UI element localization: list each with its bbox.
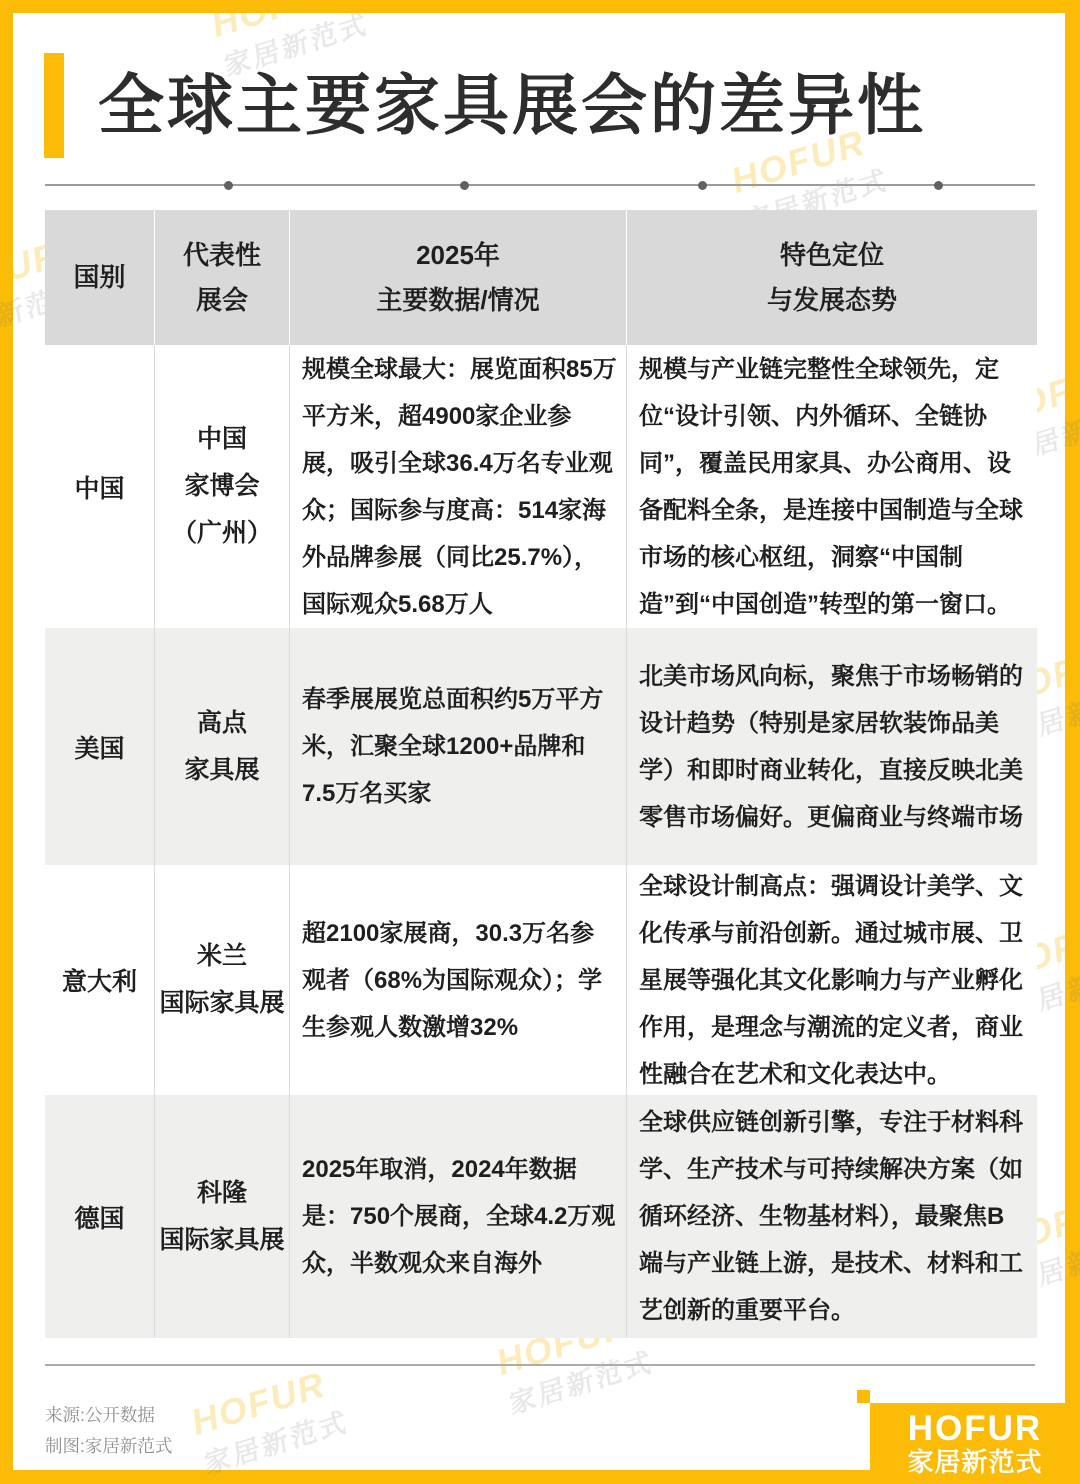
- table-row-china: 中国 中国 家博会 （广州） 规模全球最大：展览面积85万平方米，超4900家企…: [45, 345, 1037, 628]
- footer: 来源:公开数据 制图:家居新范式: [45, 1400, 172, 1462]
- footer-credit: 制图:家居新范式: [45, 1431, 172, 1462]
- country-cell: 德国: [45, 1095, 155, 1338]
- data-cell: 2025年取消，2024年数据是：750个展商，全球4.2万观众，半数观众来自海…: [290, 1095, 627, 1338]
- exhibition-cell: 中国 家博会 （广州）: [155, 345, 290, 628]
- title-accent-bar: [44, 53, 64, 158]
- infographic-page: HOFUR家居新范式 HOFUR家居新范式 HOFUR家居新范式 HOFUR家居…: [0, 0, 1080, 1484]
- hofur-logo: HOFUR 家居新范式: [870, 1403, 1080, 1484]
- divider-dot: [934, 181, 943, 190]
- table-header-row: 国别 代表性 展会 2025年 主要数据/情况 特色定位 与发展态势: [45, 210, 1037, 345]
- country-cell: 中国: [45, 345, 155, 628]
- exhibition-cell: 科隆 国际家具展: [155, 1095, 290, 1338]
- table-row-germany: 德国 科隆 国际家具展 2025年取消，2024年数据是：750个展商，全球4.…: [45, 1095, 1037, 1338]
- positioning-cell: 全球供应链创新引擎，专注于材料科学、生产技术与可持续解决方案（如循环经济、生物基…: [627, 1095, 1037, 1338]
- country-cell: 美国: [45, 628, 155, 865]
- frame-border-right: [1065, 0, 1080, 1484]
- watermark: HOFUR家居新范式: [186, 1360, 353, 1481]
- page-title: 全球主要家具展会的差异性: [98, 52, 926, 147]
- positioning-cell: 北美市场风向标，聚焦于市场畅销的设计趋势（特别是家居软装饰品美学）和即时商业转化…: [627, 628, 1037, 865]
- title-divider: [45, 184, 1035, 186]
- column-header-exhibition: 代表性 展会: [155, 210, 290, 345]
- footer-divider: [45, 1364, 1035, 1366]
- positioning-cell: 全球设计制高点：强调设计美学、文化传承与前沿创新。通过城市展、卫星展等强化其文化…: [627, 865, 1037, 1095]
- table-row-usa: 美国 高点 家具展 春季展展览总面积约5万平方米，汇聚全球1200+品牌和7.5…: [45, 628, 1037, 865]
- table-row-italy: 意大利 米兰 国际家具展 超2100家展商，30.3万名参观者（68%为国际观众…: [45, 865, 1037, 1095]
- exhibition-cell: 高点 家具展: [155, 628, 290, 865]
- data-cell: 规模全球最大：展览面积85万平方米，超4900家企业参展，吸引全球36.4万名专…: [290, 345, 627, 628]
- hofur-logo-subtitle: 家居新范式: [907, 1447, 1042, 1477]
- frame-border-left: [0, 0, 13, 1484]
- exhibition-cell: 米兰 国际家具展: [155, 865, 290, 1095]
- footer-source: 来源:公开数据: [45, 1400, 172, 1431]
- hofur-logo-wordmark: HOFUR: [908, 1410, 1042, 1447]
- country-cell: 意大利: [45, 865, 155, 1095]
- column-header-2025-data: 2025年 主要数据/情况: [290, 210, 627, 345]
- comparison-table: 国别 代表性 展会 2025年 主要数据/情况 特色定位 与发展态势 中国 中国…: [45, 210, 1037, 1338]
- positioning-cell: 规模与产业链完整性全球领先，定位“设计引领、内外循环、全链协同”，覆盖民用家具、…: [627, 345, 1037, 628]
- data-cell: 春季展展览总面积约5万平方米，汇聚全球1200+品牌和7.5万名买家: [290, 628, 627, 865]
- logo-corner-step: [857, 1390, 870, 1403]
- divider-dot: [224, 181, 233, 190]
- table-body: 中国 中国 家博会 （广州） 规模全球最大：展览面积85万平方米，超4900家企…: [45, 345, 1037, 1338]
- column-header-positioning: 特色定位 与发展态势: [627, 210, 1037, 345]
- data-cell: 超2100家展商，30.3万名参观者（68%为国际观众）；学生参观人数激增32%: [290, 865, 627, 1095]
- divider-dot: [460, 181, 469, 190]
- frame-border-top: [0, 0, 1080, 13]
- divider-dot: [698, 181, 707, 190]
- column-header-country: 国别: [45, 210, 155, 345]
